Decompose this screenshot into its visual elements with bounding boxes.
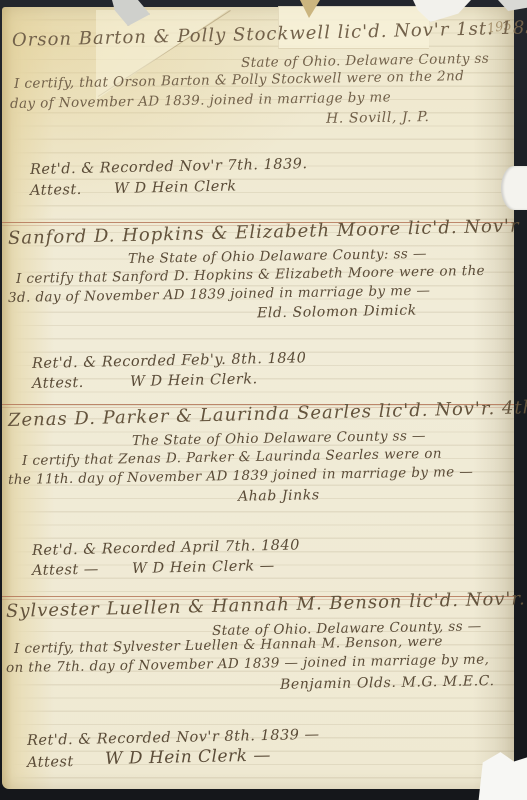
entry-3-clerk-signature: W D Hein Clerk —	[132, 558, 275, 577]
entry-1-clerk-signature: W D Hein Clerk	[114, 178, 237, 197]
entry-4-attest-label: Attest	[27, 754, 74, 771]
torn-notch-right-edge	[501, 166, 527, 210]
entry-3-officiant-signature: Ahab Jinks	[238, 487, 320, 504]
entry-2-officiant-signature: Eld. Solomon Dimick	[257, 303, 417, 322]
entry-2-attest-label: Attest.	[32, 375, 84, 392]
entry-1-officiant-signature: H. Sovill, J. P.	[325, 109, 429, 127]
entry-1-attest-label: Attest.	[30, 182, 82, 199]
entry-3-attest-label: Attest —	[32, 562, 99, 579]
entry-2-clerk-signature: W D Hein Clerk.	[130, 371, 258, 390]
entry-4-clerk-signature: W D Hein Clerk —	[105, 746, 271, 769]
document-scan: 195 Orson Barton & Polly Stockwell lic'd…	[0, 0, 527, 800]
